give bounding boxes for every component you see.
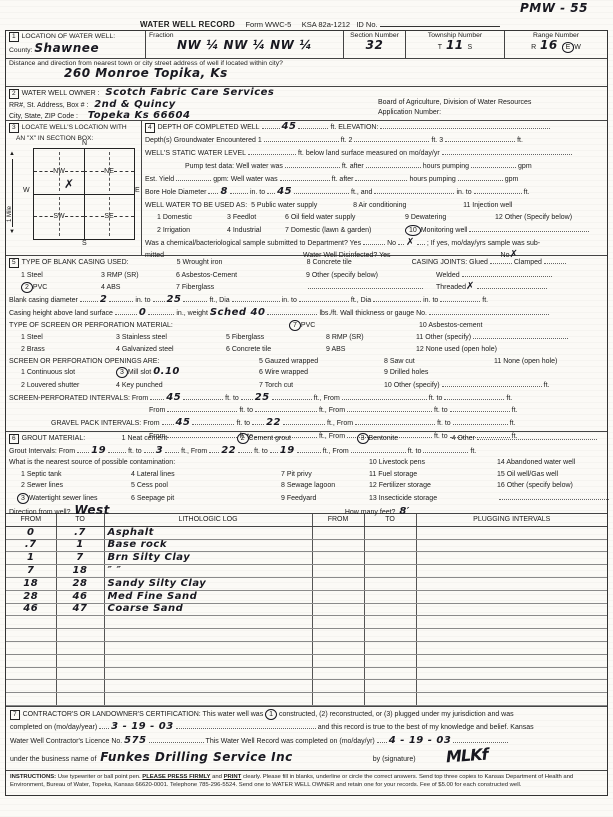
casing-height-value: 0 xyxy=(139,307,146,318)
contam-pit-privy: 7 Pit privy xyxy=(281,469,369,481)
board-of-agriculture-text: Board of Agriculture, Division of Water … xyxy=(378,98,531,108)
licence-value: 575 xyxy=(124,735,146,746)
log-row: 1828Sandy Silty Clay xyxy=(6,577,607,590)
section-2-number: 2 xyxy=(9,89,19,99)
grout-intervals-label: Grout Intervals: From xyxy=(9,448,75,455)
log-row-empty xyxy=(6,641,607,654)
certification-line1b: constructed, (2) reconstructed, or (3) p… xyxy=(279,711,514,718)
compass-south-label: S xyxy=(82,240,87,247)
log-row-empty xyxy=(6,693,607,706)
sample-tail: ; If yes, mo/day/yrs sample was sub- xyxy=(427,240,540,247)
quadrant-ne: NE xyxy=(84,149,134,194)
casing-height-label: Casing height above land surface xyxy=(9,310,113,317)
business-name-value: Funkes Drilling Service Inc xyxy=(100,750,292,764)
opening-other-ft: ft. xyxy=(544,382,550,389)
log-to-value: 7 xyxy=(76,552,83,563)
spi-ftfrom: ft., From xyxy=(314,395,340,402)
water-well-record-form: PMW - 55 WATER WELL RECORD Form WWC-5 KS… xyxy=(0,0,613,817)
log-row-empty xyxy=(6,680,607,693)
grout-other: 4 Other xyxy=(452,435,475,442)
joints-welded: Welded xyxy=(436,272,460,279)
section-1-title: LOCATION OF WATER WELL: xyxy=(22,33,116,40)
spi2-from: From xyxy=(149,407,165,414)
contam-abandoned-well: 14 Abandoned water well xyxy=(497,459,575,466)
fraction-cell: Fraction NW ¼ NW ¼ NW ¼ xyxy=(146,31,344,58)
log-from-value: 0 xyxy=(27,527,34,538)
section-6-grout: 6GROUT MATERIAL:1 Neat cement2Cement gro… xyxy=(6,432,607,514)
screen-concrete: 6 Concrete tile xyxy=(226,344,326,356)
screen-other: 11 Other (specify) xyxy=(416,334,471,341)
section-3-number: 3 xyxy=(9,123,19,133)
casing-asbestos: 6 Asbestos-Cement xyxy=(176,270,306,282)
static-water-label: WELL'S STATIC WATER LEVEL xyxy=(145,150,246,157)
casing-other: 9 Other (specify below) xyxy=(306,270,436,282)
gw-ft3: ft. 3 xyxy=(431,137,443,144)
section-3-4-row: 3LOCATE WELL'S LOCATION WITH AN "X" IN S… xyxy=(6,121,607,256)
pump-after: ft. after xyxy=(342,163,364,170)
log-to-value: .7 xyxy=(74,527,86,538)
distance-value: 260 Monroe Topika, Ks xyxy=(64,66,228,80)
opening-key-punched: 4 Key punched xyxy=(116,380,259,392)
gw-ft-end: ft. xyxy=(517,137,523,144)
contam-cess-pool: 5 Cess pool xyxy=(131,480,281,492)
section-number-cell: Section Number 32 xyxy=(344,31,406,58)
section-2-owner: 2WATER WELL OWNER : Scotch Fabric Care S… xyxy=(6,87,607,121)
use-monitoring-circled-10: 10 xyxy=(405,225,421,236)
log-header-lithologic: LITHOLOGIC LOG xyxy=(104,514,312,526)
use-oil-field: 6 Oil field water supply xyxy=(285,212,405,224)
log-row-empty xyxy=(6,616,607,629)
range-w: W xyxy=(574,44,581,51)
log-lith-ditto: ″ ″ xyxy=(108,565,122,576)
bore-diameter-value: 8 xyxy=(220,186,227,197)
section-6-number: 6 xyxy=(9,434,19,444)
log-row: .71Base rock xyxy=(6,539,607,552)
business-name-label: under the business name of xyxy=(10,756,96,763)
spi2-ftend: ft. xyxy=(512,407,518,414)
section-3-title-line1: LOCATE WELL'S LOCATION WITH xyxy=(22,124,127,131)
contam-other: 16 Other (specify below) xyxy=(497,482,573,489)
city-label: City, State, ZIP Code : xyxy=(9,113,78,120)
opening-mill-slot-circled-3: 3 xyxy=(116,367,128,378)
casing-abs: 4 ABS xyxy=(101,282,176,294)
one-mile-scale: ▲ 1 Mile ▼ xyxy=(7,151,19,235)
yield-after: ft. after xyxy=(332,176,354,183)
address-value: 2nd & Quincy xyxy=(94,99,176,110)
section-3-location-box: 3LOCATE WELL'S LOCATION WITH AN "X" IN S… xyxy=(6,121,142,255)
bore-and: ft., and xyxy=(351,189,372,196)
screen-interval-to: 25 xyxy=(255,392,270,403)
screen-material-title: TYPE OF SCREEN OR PERFORATION MATERIAL: xyxy=(9,320,289,332)
section-5-casing: 5TYPE OF BLANK CASING USED:5 Wrought iro… xyxy=(6,256,607,432)
screen-brass: 2 Brass xyxy=(21,344,116,356)
grout-bentonite-circled-3: 3 xyxy=(357,433,369,444)
compass-west-label: W xyxy=(23,187,30,194)
use-public-supply: 5 Public water supply xyxy=(251,200,353,212)
contam-sewer: 2 Sewer lines xyxy=(21,480,131,492)
township-t: T xyxy=(438,44,442,51)
opening-drilled-holes: 9 Drilled holes xyxy=(384,369,428,376)
gi-ftend: ft. xyxy=(470,448,476,455)
log-to-value: 28 xyxy=(73,578,88,589)
log-header-to2: TO xyxy=(364,514,416,526)
water-use-label: WELL WATER TO BE USED AS: xyxy=(145,202,247,209)
section-3-title-line2: AN "X" IN SECTION BOX: xyxy=(6,133,141,144)
nw-dashed-line xyxy=(59,152,60,191)
opening-gauzed: 5 Gauzed wrapped xyxy=(259,356,384,368)
owner-value: Scotch Fabric Care Services xyxy=(105,87,274,98)
gi-ftto: ft. to xyxy=(128,448,142,455)
diam-dia2: ft., Dia xyxy=(351,297,371,304)
range-east-circled: E xyxy=(562,42,575,53)
pump-gpm: gpm xyxy=(518,163,532,170)
log-row-empty xyxy=(6,654,607,667)
section-5-number: 5 xyxy=(9,258,19,268)
id-blank-line xyxy=(380,19,500,27)
use-dewatering: 9 Dewatering xyxy=(405,212,495,224)
address-label: RR#, St. Address, Box # : xyxy=(9,102,88,109)
licence-label: Water Well Contractor's Licence No. xyxy=(10,738,122,745)
instructions-label: INSTRUCTIONS: xyxy=(10,774,56,780)
instructions-text3: Environment, Bureau of Water, Topeka, Ka… xyxy=(10,781,603,789)
diam-ft: ft. xyxy=(482,297,488,304)
log-header-from2: FROM xyxy=(312,514,364,526)
use-domestic-lawn: 7 Domestic (lawn & garden) xyxy=(285,225,405,237)
completed-date-value: 3 - 19 - 03 xyxy=(111,721,174,732)
gpi-ftfrom: ft., From xyxy=(327,420,353,427)
constructed-circled-1: 1 xyxy=(265,709,277,720)
screen-rmp: 8 RMP (SR) xyxy=(326,332,416,344)
log-row-empty xyxy=(6,629,607,642)
county-cell: 1LOCATION OF WATER WELL: County: Shawnee xyxy=(6,31,146,58)
contam-seepage-pit: 6 Seepage pit xyxy=(131,493,281,505)
log-row: 4647Coarse Sand xyxy=(6,603,607,616)
section-quadrant-box: NW NE SW SE ✗ xyxy=(33,148,135,240)
county-label: County: xyxy=(9,47,32,54)
log-header-row: FROM TO LITHOLOGIC LOG FROM TO PLUGGING … xyxy=(6,514,607,526)
quadrant-se: SE xyxy=(84,194,134,239)
gw-ft2: ft. 2 xyxy=(341,137,353,144)
log-from-value: 7 xyxy=(27,565,34,576)
grout1-to: 3 xyxy=(156,445,163,456)
log-lith-value: Med Fine Sand xyxy=(108,591,198,602)
casing-steel: 1 Steel xyxy=(21,270,101,282)
sample-no-label: No xyxy=(387,240,396,247)
section-1-location: 1LOCATION OF WATER WELL: County: Shawnee… xyxy=(6,31,607,59)
use-feedlot: 3 Feedlot xyxy=(227,212,285,224)
use-irrigation: 2 Irrigation xyxy=(157,225,227,237)
log-header-plugging: PLUGGING INTERVALS xyxy=(416,514,607,526)
log-to-value: 1 xyxy=(76,539,83,550)
est-yield-label: Est. Yield xyxy=(145,176,174,183)
diam-into: in. to xyxy=(135,297,150,304)
opening-wire-wrapped: 6 Wire wrapped xyxy=(259,367,384,379)
grout-neat-cement: 1 Neat cement xyxy=(122,433,237,445)
contam-feedyard: 9 Feedyard xyxy=(281,493,369,505)
certification-line1a: CONTRACTOR'S OR LANDOWNER'S CERTIFICATIO… xyxy=(23,711,264,718)
contam-livestock: 10 Livestock pens xyxy=(369,457,497,469)
log-lith-value: Sandy Silty Clay xyxy=(108,578,207,589)
log-lith-value: Brn Silty Clay xyxy=(108,552,191,563)
compass-north-label: N xyxy=(82,140,87,147)
gravel-pack-label: GRAVEL PACK INTERVALS: From xyxy=(51,420,160,427)
bore-into2: in. to xyxy=(456,189,471,196)
depth-completed-value: 45 xyxy=(282,121,297,132)
contam-oil-gas-well: 15 Oil well/Gas well xyxy=(497,471,558,478)
opening-mill-slot: Mill slot xyxy=(128,369,151,376)
log-row-empty xyxy=(6,667,607,680)
opening-torch-cut: 7 Torch cut xyxy=(259,380,384,392)
bore-hole-label: Bore Hole Diameter xyxy=(145,189,206,196)
bore-depth-value: 45 xyxy=(277,186,292,197)
gi-ftfrom: ft., From xyxy=(181,448,207,455)
sample-no-x: ✗ xyxy=(406,237,415,248)
screen-galvanized: 4 Galvanized steel xyxy=(116,344,226,356)
spi2-ftto: ft. to xyxy=(239,407,253,414)
gpi-ftend: ft. xyxy=(510,420,516,427)
distance-row: Distance and direction from nearest town… xyxy=(6,59,607,87)
elevation-label: ft. ELEVATION: xyxy=(330,124,378,131)
groundwater-label: Depth(s) Groundwater Encountered 1 xyxy=(145,137,262,144)
log-lith-value: Base rock xyxy=(108,539,167,550)
completed-date-label: completed on (mo/day/year) xyxy=(10,724,97,731)
diam-into3: in. to xyxy=(423,297,438,304)
wall-thickness-label: lbs./ft. Wall thickness or gauge No. xyxy=(319,310,427,317)
diam-into2: in. to xyxy=(282,297,297,304)
contam-septic: 1 Septic tank xyxy=(21,469,131,481)
grout2-from: 22 xyxy=(221,445,236,456)
township-s: S xyxy=(468,44,473,51)
township-cell: Township Number T 11 S xyxy=(406,31,505,58)
grout2-to: 19 xyxy=(280,445,295,456)
log-from-value: 1 xyxy=(27,552,34,563)
ne-dashed-line xyxy=(109,152,110,191)
section-7-certification: 7CONTRACTOR'S OR LANDOWNER'S CERTIFICATI… xyxy=(6,707,607,771)
compass-east-label: E xyxy=(135,187,140,194)
screen-pvc: PVC xyxy=(301,322,315,329)
owner-label: WATER WELL OWNER : xyxy=(22,90,100,97)
yield-hours: hours pumping xyxy=(409,176,455,183)
gravel-interval-to: 22 xyxy=(266,417,281,428)
contam-watertight-sewer: Watertight sewer lines xyxy=(29,495,98,502)
opening-louvered: 2 Louvered shutter xyxy=(21,380,116,392)
gi-ftfrom2: ft., From xyxy=(323,448,349,455)
section-4-number: 4 xyxy=(145,123,155,133)
one-mile-label: 1 Mile xyxy=(7,162,13,222)
log-lith-value: Coarse Sand xyxy=(108,603,184,614)
certification-line2b: and this record is true to the best of m… xyxy=(318,724,534,731)
signature-label: by (signature) xyxy=(373,756,416,763)
form-body: 1LOCATION OF WATER WELL: County: Shawnee… xyxy=(5,30,608,796)
mill-slot-size-value: 0.10 xyxy=(153,366,180,377)
spi-ftend: ft. xyxy=(506,395,512,402)
pump-hours: hours pumping xyxy=(423,163,469,170)
casing-rmp: 3 RMP (SR) xyxy=(101,270,176,282)
casing-depth-value: 25 xyxy=(167,294,182,305)
range-value: 16 xyxy=(540,38,558,52)
pump-test-label: Pump test data: Well water was xyxy=(185,163,283,170)
joints-clamped: Clamped xyxy=(514,259,542,266)
spi-ftto: ft. to xyxy=(225,395,239,402)
log-row: 2846Med Fine Sand xyxy=(6,590,607,603)
use-other: 12 Other (Specify below) xyxy=(495,214,572,221)
quadrant-sw: SW xyxy=(34,194,84,239)
range-r: R xyxy=(531,44,536,51)
spi-ftto2: ft. to xyxy=(429,395,443,402)
gi-ftto2: ft. to xyxy=(254,448,268,455)
use-air-conditioning: 8 Air conditioning xyxy=(353,200,463,212)
casing-concrete-tile: 8 Concrete tile xyxy=(307,257,412,269)
use-monitoring-well: Monitoring well xyxy=(421,227,468,234)
instructions-and: and xyxy=(212,774,222,780)
instructions-text2: clearly. Please fill in blanks, underlin… xyxy=(243,774,573,780)
threaded-x-mark: ✗ xyxy=(466,281,475,292)
record-date-value: 4 - 19 - 03 xyxy=(389,735,452,746)
sample-question: Was a chemical/bacteriological sample su… xyxy=(145,240,361,247)
casing-diameter-value: 2 xyxy=(100,294,107,305)
section-7-number: 7 xyxy=(10,710,20,720)
gpi-ftto: ft. to xyxy=(236,420,250,427)
yield-mid: gpm: Well water was xyxy=(213,176,277,183)
log-from-value: .7 xyxy=(25,539,37,550)
casing-fiberglass: 7 Fiberglass xyxy=(176,282,306,294)
instructions-press-firmly: PLEASE PRESS FIRMLY xyxy=(142,774,210,780)
screen-stainless: 3 Stainless steel xyxy=(116,332,226,344)
log-from-value: 28 xyxy=(23,591,38,602)
contam-sewage-lagoon: 8 Sewage lagoon xyxy=(281,480,369,492)
bore-into: in. to xyxy=(250,189,265,196)
grout-title: GROUT MATERIAL: xyxy=(22,433,122,445)
screen-intervals-label: SCREEN-PERFORATED INTERVALS: From xyxy=(9,395,148,402)
arrow-up-icon: ▲ xyxy=(9,151,15,157)
opening-none: 11 None (open hole) xyxy=(494,358,557,365)
casing-title: TYPE OF BLANK CASING USED: xyxy=(22,257,177,269)
contamination-label: What is the nearest source of possible c… xyxy=(9,457,369,469)
se-dashed-line xyxy=(109,197,110,236)
instructions-text1: Use typewriter or ball point pen. xyxy=(58,774,141,780)
contam-fuel: 11 Fuel storage xyxy=(369,469,497,481)
casing-joints-label: CASING JOINTS: Glued xyxy=(412,259,488,266)
log-to-value: 18 xyxy=(73,565,88,576)
use-injection-well: 11 Injection well xyxy=(463,202,512,209)
application-number-label: Application Number: xyxy=(378,108,531,118)
use-industrial: 4 Industrial xyxy=(227,225,285,237)
range-cell: Range Number R 16 EW xyxy=(505,31,607,58)
contam-watertight-circled-3: 3 xyxy=(17,493,29,504)
lithologic-log-table: FROM TO LITHOLOGIC LOG FROM TO PLUGGING … xyxy=(6,514,607,706)
log-row: 718″ ″ xyxy=(6,565,607,578)
diam-dia: ft., Dia xyxy=(209,297,229,304)
log-header-to: TO xyxy=(56,514,104,526)
fraction-value: NW ¼ NW ¼ NW ¼ xyxy=(177,38,312,52)
contam-lateral: 4 Lateral lines xyxy=(131,469,281,481)
record-completed-label: This Water Well Record was completed on … xyxy=(206,738,375,745)
signature-value: MLKf xyxy=(445,747,487,766)
well-location-x-mark: ✗ xyxy=(64,178,75,190)
use-domestic: 1 Domestic xyxy=(157,212,227,224)
log-header-from: FROM xyxy=(6,514,56,526)
casing-weight-value: Sched 40 xyxy=(210,307,266,318)
instructions-footer: INSTRUCTIONS: Use typewriter or ball poi… xyxy=(6,771,607,795)
arrow-down-icon: ▼ xyxy=(9,229,15,235)
log-from-value: 46 xyxy=(23,603,38,614)
opening-continuous-slot: 1 Continuous slot xyxy=(21,367,116,379)
gpi-ftto2: ft. to xyxy=(437,420,451,427)
grout-cement: Cement grout xyxy=(249,435,291,442)
screen-abs: 9 ABS xyxy=(326,344,416,356)
screen-pvc-circled-7: 7 xyxy=(289,320,301,331)
casing-pvc: PVC xyxy=(33,284,47,291)
statute-number: KSA 82a-1212 xyxy=(302,20,350,29)
contam-insecticide: 13 Insecticide storage xyxy=(369,493,497,505)
screen-steel: 1 Steel xyxy=(21,332,116,344)
form-title-bar: WATER WELL RECORD Form WWC-5 KSA 82a-121… xyxy=(140,19,500,29)
casing-wrought-iron: 5 Wrought iron xyxy=(177,257,307,269)
section-4-well-details: 4DEPTH OF COMPLETED WELL45ft. ELEVATION:… xyxy=(142,121,607,255)
township-value: 11 xyxy=(446,38,464,52)
weight-label: in., weight xyxy=(176,310,208,317)
city-value: Topeka Ks 66604 xyxy=(88,110,191,121)
handwritten-id-annotation: PMW - 55 xyxy=(520,2,588,14)
blank-casing-diameter-label: Blank casing diameter xyxy=(9,297,78,304)
bore-ft: ft. xyxy=(524,189,530,196)
grout-cement-circled-2: 2 xyxy=(237,433,249,444)
log-to-value: 46 xyxy=(73,591,88,602)
section-number-value: 32 xyxy=(366,38,384,52)
screen-fiberglass: 5 Fiberglass xyxy=(226,332,326,344)
casing-pvc-circled-2: 2 xyxy=(21,282,33,293)
opening-saw-cut: 8 Saw cut xyxy=(384,356,494,368)
spi2-ftto2: ft. to xyxy=(434,407,448,414)
static-water-after: ft. below land surface measured on mo/da… xyxy=(298,150,440,157)
contam-fertilizer: 12 Fertilizer storage xyxy=(369,480,497,492)
county-value: Shawnee xyxy=(34,41,99,55)
sw-dashed-line xyxy=(59,197,60,236)
gi-ftto3: ft. to xyxy=(408,448,422,455)
log-lith-value: Asphalt xyxy=(108,527,154,538)
quadrant-nw: NW xyxy=(34,149,84,194)
screen-none: 12 None used (open hole) xyxy=(416,346,497,353)
depth-completed-label: DEPTH OF COMPLETED WELL xyxy=(158,124,260,131)
section-1-number: 1 xyxy=(9,32,19,42)
openings-title: SCREEN OR PERFORATION OPENINGS ARE: xyxy=(9,356,259,368)
joints-threaded: Threaded xyxy=(436,284,466,291)
log-row: 17Brn Silty Clay xyxy=(6,552,607,565)
screen-asbestos: 10 Asbestos-cement xyxy=(419,322,482,329)
lithologic-log-section: FROM TO LITHOLOGIC LOG FROM TO PLUGGING … xyxy=(6,514,607,707)
spi2-ftfrom: ft., From xyxy=(319,407,345,414)
id-label: ID No. xyxy=(356,20,377,29)
screen-interval-from: 45 xyxy=(166,392,181,403)
log-to-value: 47 xyxy=(73,603,88,614)
form-title: WATER WELL RECORD xyxy=(140,20,235,29)
log-from-value: 18 xyxy=(23,578,38,589)
grout-bentonite: Bentonite xyxy=(369,435,399,442)
yield-gpm: gpm xyxy=(505,176,519,183)
instructions-print: PRINT xyxy=(224,774,242,780)
log-row: 0.7Asphalt xyxy=(6,526,607,539)
opening-other: 10 Other (specify) xyxy=(384,382,440,389)
form-number: Form WWC-5 xyxy=(245,20,291,29)
gravel-interval-from: 45 xyxy=(176,417,191,428)
grout1-from: 19 xyxy=(91,445,106,456)
